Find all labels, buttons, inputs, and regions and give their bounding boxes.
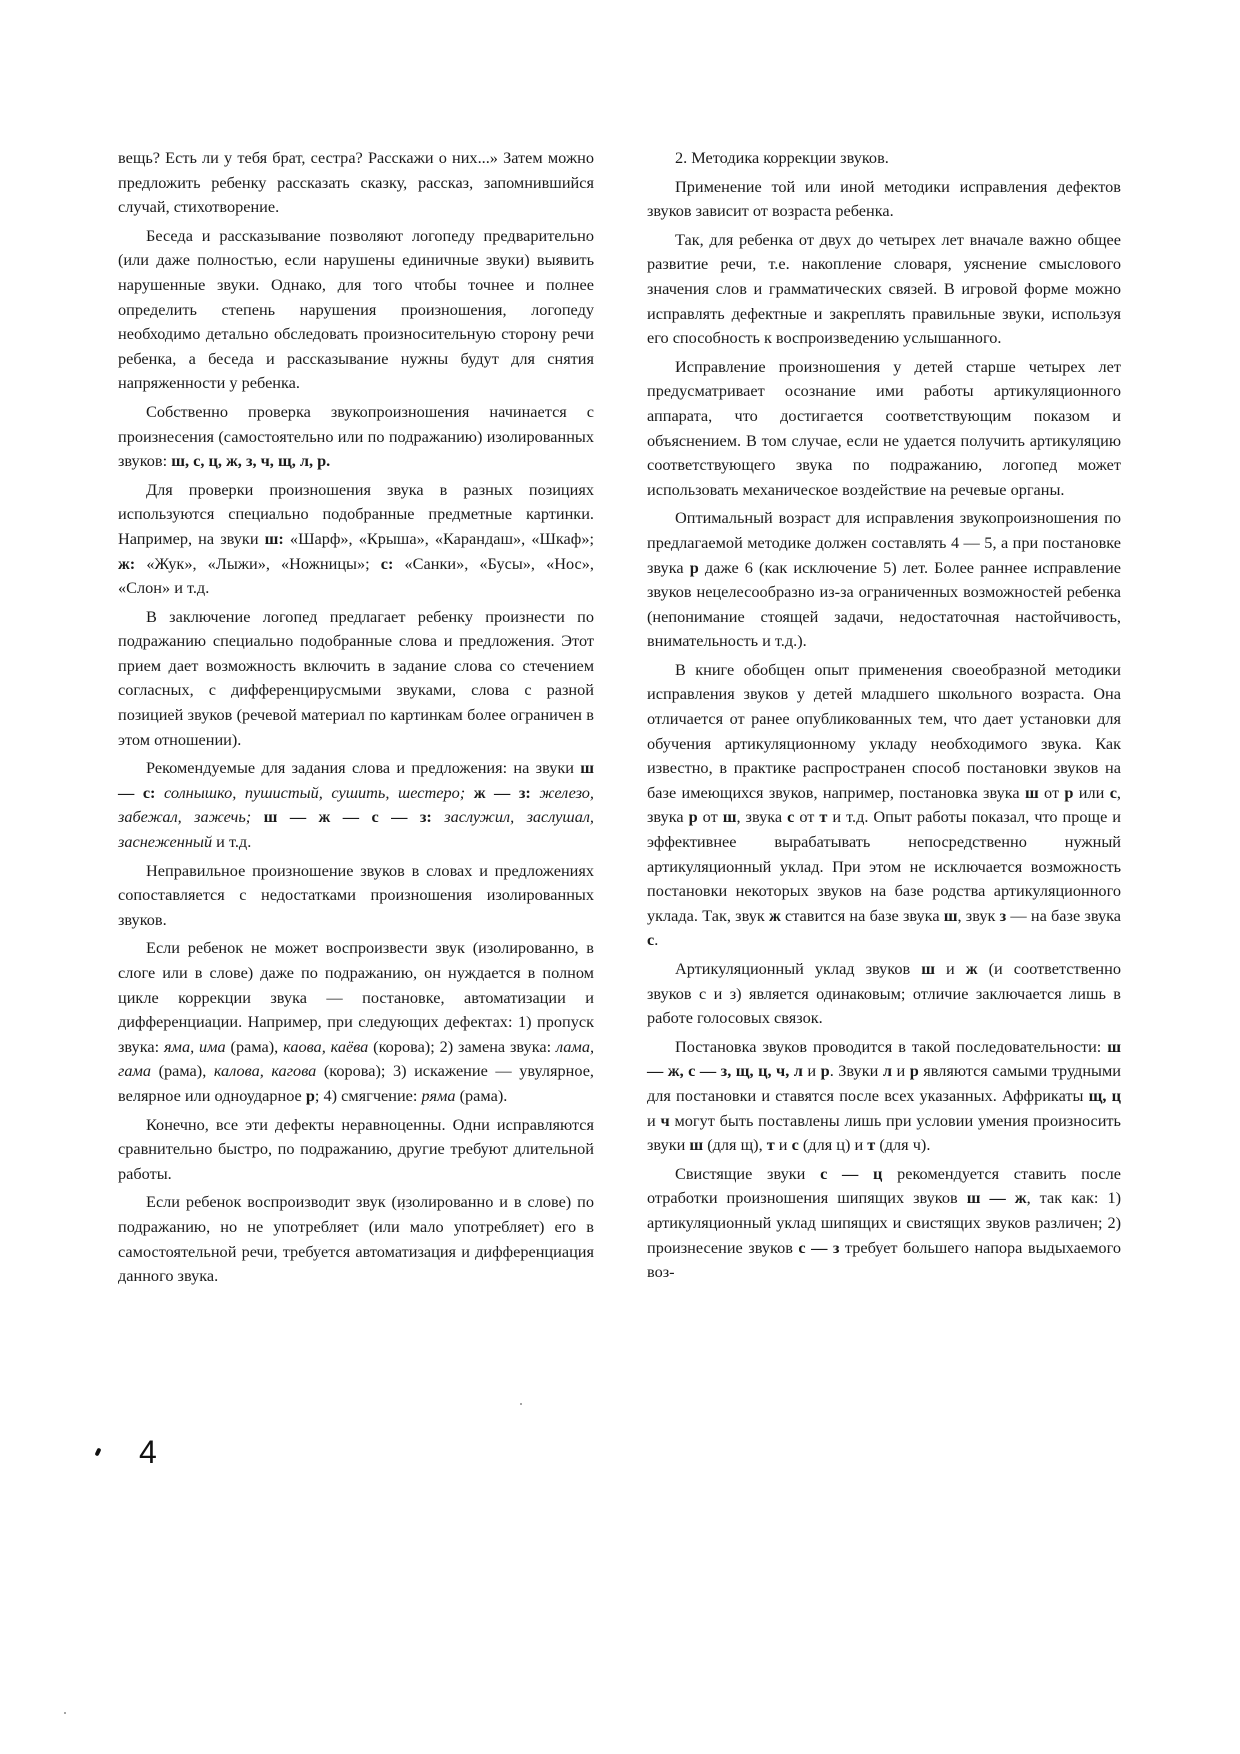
- scan-speck: [402, 1208, 404, 1210]
- text: .: [654, 930, 658, 949]
- text: и т.д.: [212, 832, 251, 851]
- paragraph: Применение той или иной методики исправл…: [647, 175, 1121, 224]
- paragraph: Так, для ребенка от двух до четырех лет …: [647, 228, 1121, 351]
- text: (для ц) и: [799, 1135, 867, 1154]
- text: (для ч).: [875, 1135, 930, 1154]
- text: даже 6 (как исключение 5) лет. Более ран…: [647, 558, 1121, 651]
- example-words: солнышко, пушистый, сушить, шестеро;: [155, 783, 473, 802]
- text: «Жук», «Лыжи», «Ножницы»;: [135, 554, 381, 573]
- text: ставится на базе звука: [781, 906, 944, 925]
- sound: ш: [689, 1135, 703, 1154]
- text: (для щ),: [703, 1135, 767, 1154]
- sound: ш — ж — с — з:: [264, 807, 432, 826]
- paragraph: В заключение логопед предлагает ребенку …: [118, 605, 594, 753]
- sound: ж:: [118, 554, 135, 573]
- paragraph: Неправильное произношение звуков в слова…: [118, 859, 594, 933]
- scan-mark-icon: [94, 1448, 101, 1457]
- text: и: [803, 1061, 821, 1080]
- text: от: [1039, 783, 1065, 802]
- paragraph: Свистящие звуки с — ц рекомендуется став…: [647, 1162, 1121, 1285]
- sound: т: [767, 1135, 775, 1154]
- sound: с:: [381, 554, 394, 573]
- scan-speck: [520, 1403, 522, 1405]
- sound: ш:: [265, 529, 284, 548]
- text: (рама).: [456, 1086, 508, 1105]
- sound: р: [821, 1061, 830, 1080]
- text: . Звуки: [830, 1061, 883, 1080]
- sound: ч: [661, 1111, 670, 1130]
- text: и: [647, 1111, 661, 1130]
- sound: ж: [966, 959, 978, 978]
- scan-speck: [586, 238, 588, 240]
- sound: ш — ж: [967, 1188, 1027, 1207]
- paragraph: Рекомендуемые для задания слова и предло…: [118, 756, 594, 854]
- example-words: калова, кагова: [214, 1061, 316, 1080]
- left-column: вещь? Есть ли у тебя брат, сестра? Расск…: [118, 146, 594, 1293]
- paragraph: Беседа и рассказывание позволяют логопед…: [118, 224, 594, 396]
- paragraph: Исправление произношения у детей старше …: [647, 355, 1121, 503]
- sound: ш: [1025, 783, 1039, 802]
- paragraph: Если ребенок не может воспроизвести звук…: [118, 936, 594, 1108]
- text: Постановка звуков проводится в такой пос…: [675, 1037, 1107, 1056]
- example-words: яма, има: [164, 1037, 226, 1056]
- paragraph: Артикуляционный уклад звуков ш и ж (и со…: [647, 957, 1121, 1031]
- text: — на базе звука: [1006, 906, 1121, 925]
- scan-speck: [64, 1712, 66, 1714]
- text: Свистящие звуки: [675, 1164, 820, 1183]
- sound: щ, ц: [1089, 1086, 1121, 1105]
- sound: ж: [769, 906, 781, 925]
- text: , звук: [958, 906, 1000, 925]
- paragraph: В книге обобщен опыт применения своеобра…: [647, 658, 1121, 953]
- paragraph: Собственно проверка звукопроизношения на…: [118, 400, 594, 474]
- section-heading: 2. Методика коррекции звуков.: [647, 146, 1121, 171]
- text: или: [1073, 783, 1109, 802]
- text: и: [935, 959, 966, 978]
- example-words: ряма: [422, 1086, 456, 1105]
- example-words: каова, каёва: [283, 1037, 368, 1056]
- text: Рекомендуемые для задания слова и предло…: [146, 758, 580, 777]
- sound: с: [1110, 783, 1117, 802]
- sound: р: [306, 1086, 315, 1105]
- text: от: [794, 807, 819, 826]
- sound: с — з: [798, 1238, 839, 1257]
- text: от: [698, 807, 723, 826]
- paragraph: Если ребенок воспроизводит звук (изолиро…: [118, 1190, 594, 1288]
- sound: р: [910, 1061, 919, 1080]
- sound: р: [690, 558, 699, 577]
- paragraph: вещь? Есть ли у тебя брат, сестра? Расск…: [118, 146, 594, 220]
- text: (рама),: [151, 1061, 214, 1080]
- sound: л: [883, 1061, 892, 1080]
- paragraph: Для проверки произношения звука в разных…: [118, 478, 594, 601]
- sound: с — ц: [820, 1164, 882, 1183]
- sound: ш: [723, 807, 737, 826]
- paragraph: Конечно, все эти дефекты неравноценны. О…: [118, 1113, 594, 1187]
- paragraph: Оптимальный возраст для исправления звук…: [647, 506, 1121, 654]
- text: ; 4) смягчение:: [315, 1086, 422, 1105]
- right-column: 2. Методика коррекции звуков. Применение…: [647, 146, 1121, 1289]
- sound: ж — з:: [474, 783, 531, 802]
- text: (корова); 2) замена звука:: [368, 1037, 556, 1056]
- page-number: 4: [139, 1434, 157, 1470]
- sound-list: ш, с, ц, ж, з, ч, щ, л, р.: [171, 451, 330, 470]
- sound: ш: [921, 959, 935, 978]
- text: и: [775, 1135, 792, 1154]
- paragraph: Постановка звуков проводится в такой пос…: [647, 1035, 1121, 1158]
- text: , звука: [736, 807, 787, 826]
- text: Артикуляционный уклад звуков: [675, 959, 921, 978]
- sound: ш: [944, 906, 958, 925]
- text: и: [892, 1061, 910, 1080]
- text: (рама),: [226, 1037, 283, 1056]
- sound: с: [792, 1135, 799, 1154]
- text: «Шарф», «Крыша», «Карандаш», «Шкаф»;: [284, 529, 594, 548]
- sound: р: [689, 807, 698, 826]
- text: В книге обобщен опыт применения своеобра…: [647, 660, 1121, 802]
